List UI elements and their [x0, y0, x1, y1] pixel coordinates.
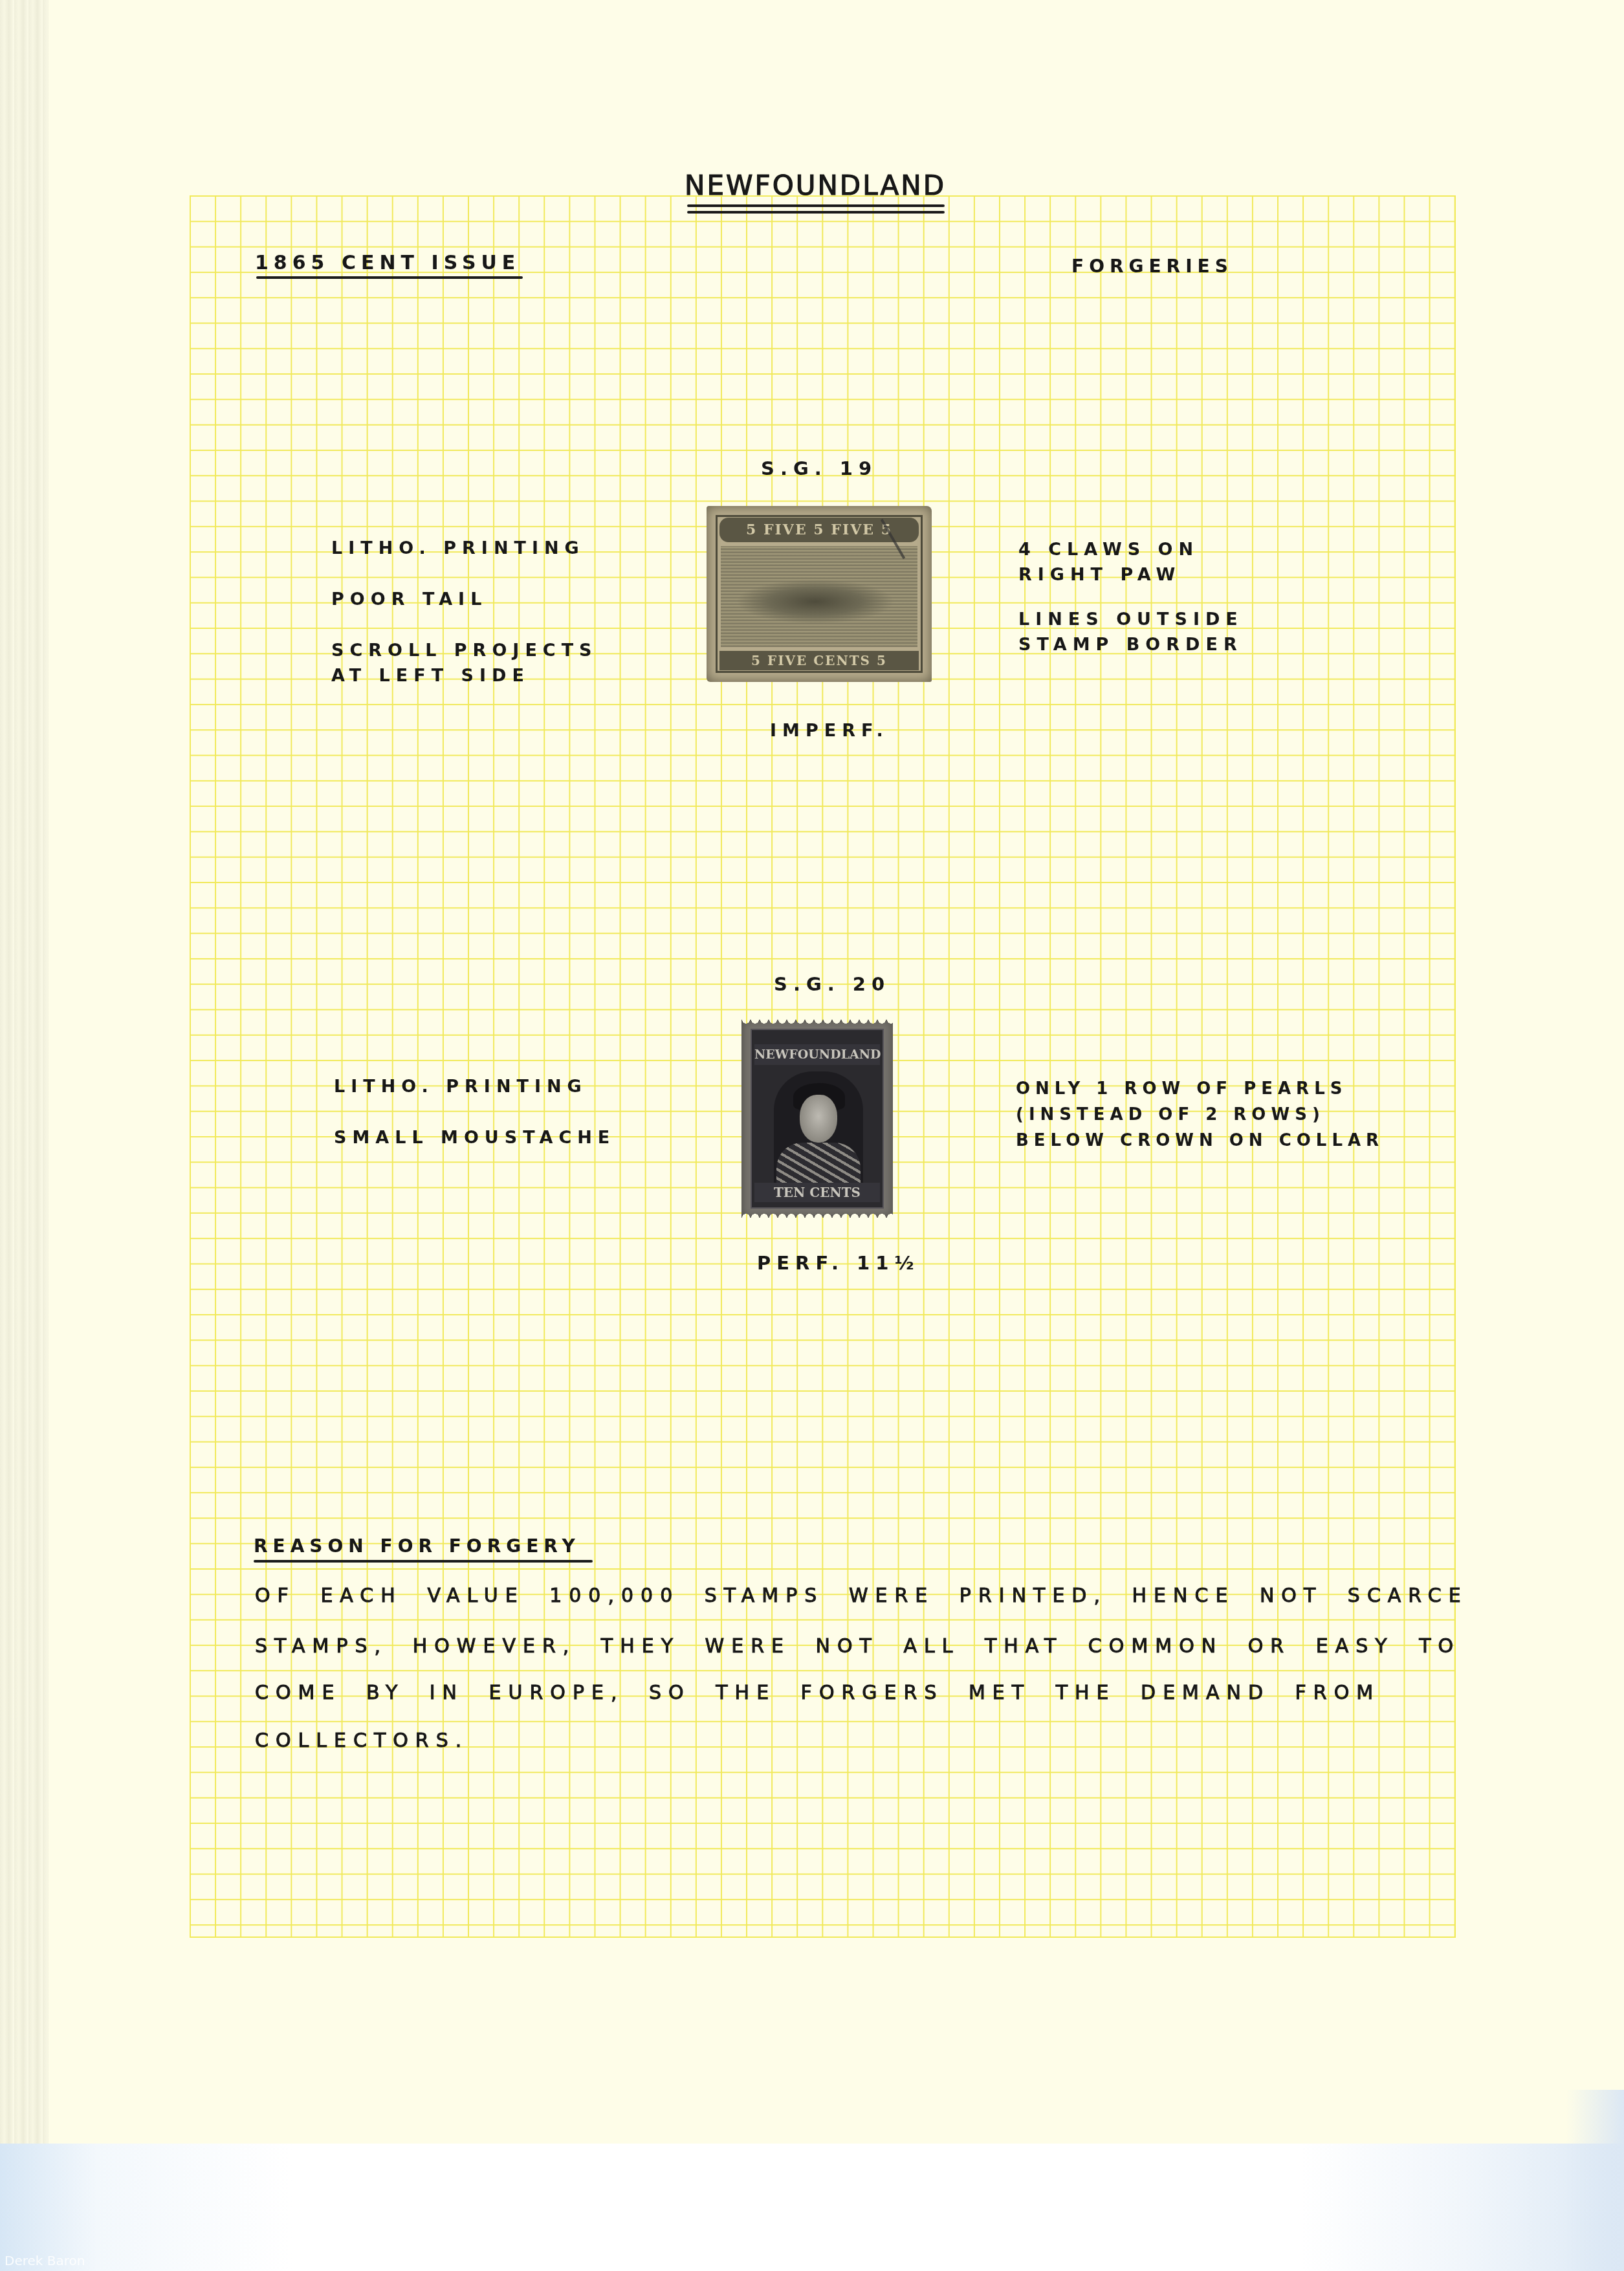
- portrait-illustration: [774, 1071, 863, 1185]
- stamp-sg19-seal: 5 FIVE 5 FIVE 5 NEWFOUNDLAND 5 FIVE CENT…: [707, 506, 932, 682]
- reason-line: STAMPS, HOWEVER, THEY WERE NOT ALL THAT …: [255, 1637, 1468, 1684]
- stamp-2-top-text: NEWFOUNDLAND: [754, 1044, 880, 1065]
- note: LITHO. PRINTING: [334, 1078, 615, 1095]
- seal-illustration: [721, 546, 917, 647]
- issue-heading: 1865 CENT ISSUE: [255, 254, 520, 273]
- watermark: Derek Baron: [5, 2253, 85, 2268]
- issue-heading-underline: [256, 276, 523, 279]
- forgeries-heading: FORGERIES: [1071, 258, 1233, 276]
- scanner-bed: [0, 2144, 1624, 2271]
- stamp-sg20-portrait: NEWFOUNDLAND TEN CENTS: [741, 1020, 893, 1218]
- stamp-1-left-notes: LITHO. PRINTING POOR TAIL SCROLL PROJECT…: [331, 540, 598, 692]
- stamp-1-perforation: IMPERF.: [770, 722, 889, 740]
- stamp-2-right-notes: ONLY 1 ROW OF PEARLS (INSTEAD OF 2 ROWS)…: [1016, 1081, 1384, 1157]
- reason-paragraph: OF EACH VALUE 100,000 STAMPS WERE PRINTE…: [255, 1586, 1468, 1751]
- note: STAMP BORDER: [1018, 636, 1244, 653]
- stamp-2-left-notes: LITHO. PRINTING SMALL MOUSTACHE: [334, 1078, 615, 1154]
- note: 4 CLAWS ON: [1018, 541, 1244, 558]
- page-title: NEWFOUNDLAND: [685, 172, 946, 199]
- reason-heading-underline: [254, 1560, 593, 1563]
- reason-line: COLLECTORS.: [255, 1731, 1468, 1751]
- stamp-1-bottom-text: 5 FIVE CENTS 5: [719, 651, 919, 670]
- note: AT LEFT SIDE: [331, 667, 598, 685]
- note: (INSTEAD OF 2 ROWS): [1016, 1106, 1384, 1123]
- note: SCROLL PROJECTS: [331, 642, 598, 659]
- title-underline-1: [687, 204, 945, 207]
- note: RIGHT PAW: [1018, 566, 1244, 584]
- note: SMALL MOUSTACHE: [334, 1129, 615, 1146]
- stamp-2-bottom-text: TEN CENTS: [754, 1183, 880, 1202]
- reason-line: OF EACH VALUE 100,000 STAMPS WERE PRINTE…: [255, 1586, 1468, 1637]
- stamp-2-perforation: PERF. 11½: [757, 1254, 919, 1273]
- reason-line: COME BY IN EUROPE, SO THE FORGERS MET TH…: [255, 1684, 1468, 1731]
- note: POOR TAIL: [331, 591, 598, 608]
- note: ONLY 1 ROW OF PEARLS: [1016, 1081, 1384, 1097]
- scan-edge: [0, 0, 49, 2144]
- note: LITHO. PRINTING: [331, 540, 598, 557]
- stamp-2-catalogue: S.G. 20: [774, 975, 890, 994]
- note: BELOW CROWN ON COLLAR: [1016, 1132, 1384, 1149]
- reason-heading: REASON FOR FORGERY: [254, 1537, 580, 1555]
- title-underline-2: [687, 211, 945, 214]
- stamp-1-catalogue: S.G. 19: [761, 459, 877, 478]
- stamp-1-right-notes: 4 CLAWS ON RIGHT PAW LINES OUTSIDE STAMP…: [1018, 541, 1244, 661]
- note: LINES OUTSIDE: [1018, 611, 1244, 628]
